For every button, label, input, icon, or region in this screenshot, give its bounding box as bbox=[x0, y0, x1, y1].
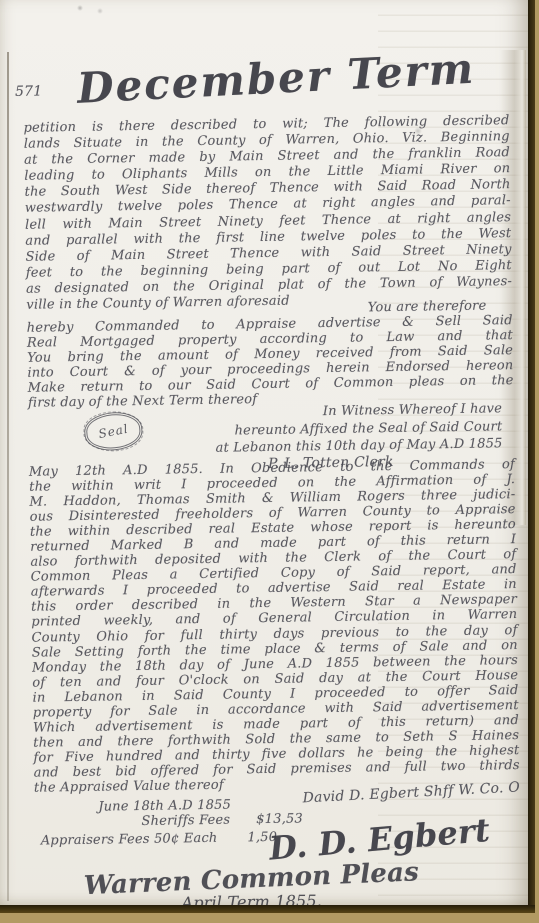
page-title: December Term bbox=[76, 44, 476, 113]
book-edge-bottom bbox=[0, 905, 535, 913]
page-number: 571 bbox=[15, 83, 43, 99]
manuscript-paper: 571 December Term petition is there desc… bbox=[0, 0, 528, 905]
sheriff-fee-row: Sheriffs Fees $13,53 bbox=[141, 811, 303, 829]
appraisers-fee-label: Appraisers Fees 50¢ Each bbox=[41, 831, 218, 849]
appraisers-fee-row: Appraisers Fees 50¢ Each 1,50 bbox=[41, 830, 278, 849]
witness-clause: In Witness Whereof I havehereunto Affixe… bbox=[150, 400, 511, 458]
seal-label: Seal bbox=[97, 422, 129, 441]
manuscript-content: 571 December Term petition is there desc… bbox=[0, 0, 528, 905]
sheriff-return-paragraph: May 12th A.D 1855. In Obedience to the C… bbox=[29, 457, 520, 796]
command-lines: hereby Commanded to Appraise advertise &… bbox=[27, 313, 514, 411]
sheriff-fee-amount: $13,53 bbox=[256, 811, 303, 827]
petition-paragraph: petition is there described to wit; The … bbox=[23, 113, 512, 314]
court-seal: Seal bbox=[83, 410, 144, 453]
sheriff-fee-label: Sheriffs Fees bbox=[141, 813, 230, 829]
command-paragraph: You are therefore hereby Commanded to Ap… bbox=[26, 298, 514, 411]
scanned-ledger-page: 571 December Term petition is there desc… bbox=[0, 0, 539, 923]
book-edge-right bbox=[528, 0, 535, 913]
